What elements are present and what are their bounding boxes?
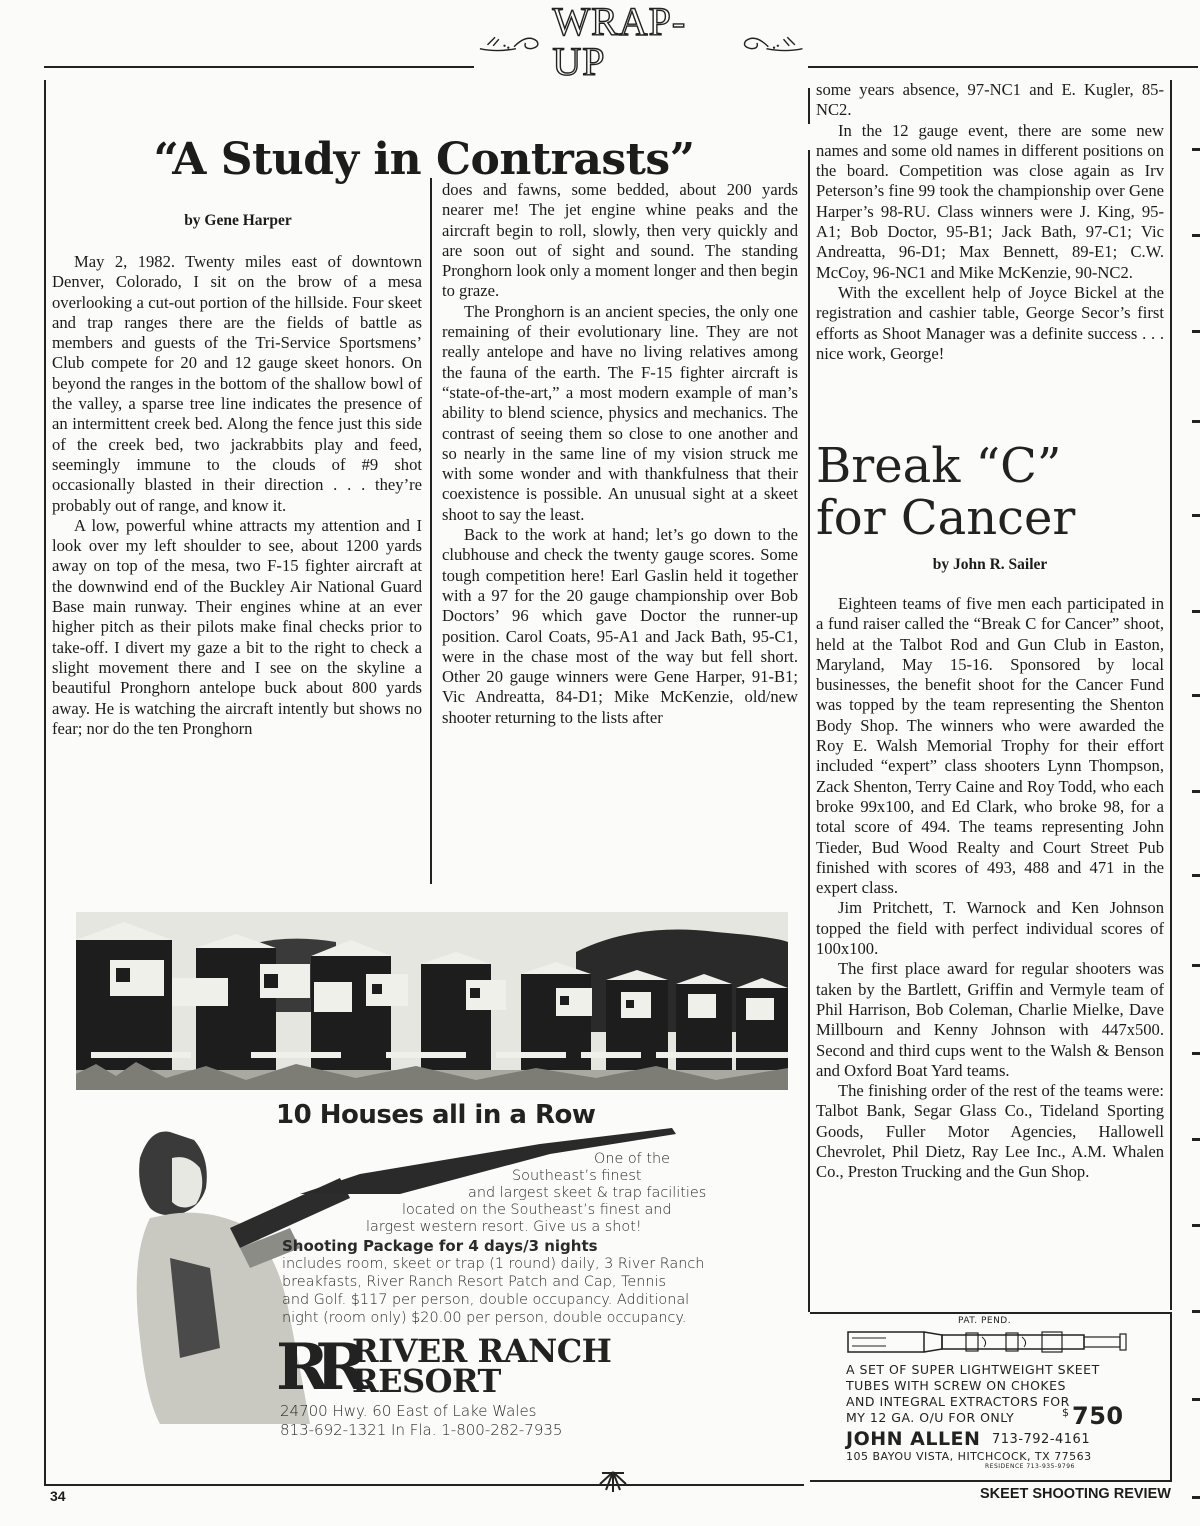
margin-mark xyxy=(1192,1496,1200,1499)
paragraph: In the 12 gauge event, there are some ne… xyxy=(816,121,1164,283)
section-masthead: WRAP-UP xyxy=(478,12,804,72)
ad-package-line: breakfasts, River Ranch Resort Patch and… xyxy=(282,1273,666,1291)
paragraph: some years absence, 97-NC1 and E. Kugler… xyxy=(816,80,1164,121)
margin-mark xyxy=(1192,964,1200,967)
article2-byline: by John R. Sailer xyxy=(816,556,1164,574)
ad-line: TUBES WITH SCREW ON CHOKES xyxy=(846,1378,1066,1393)
header-rule-right xyxy=(808,66,1198,68)
skeet-tube-icon xyxy=(846,1328,1128,1356)
paragraph: does and fawns, some bedded, about 200 y… xyxy=(442,180,798,302)
section-title: WRAP-UP xyxy=(544,2,737,82)
resort-name-line2: RESORT xyxy=(352,1366,611,1396)
ad-address: 105 BAYOU VISTA, HITCHCOCK, TX 77563 xyxy=(846,1450,1092,1463)
margin-mark xyxy=(1192,330,1200,333)
ad-intro-line: Southeast’s finest xyxy=(512,1167,641,1185)
ad-intro-line: largest western resort. Give us a shot! xyxy=(366,1218,642,1236)
ad-name: JOHN ALLEN xyxy=(846,1428,980,1450)
article2-title: Break “C” for Cancer xyxy=(816,440,1156,544)
ad-phone: 713-792-4161 xyxy=(992,1432,1090,1447)
ad-package-line: and Golf. $117 per person, double occupa… xyxy=(282,1291,689,1309)
article-column-1: May 2, 1982. Twenty miles east of downto… xyxy=(52,252,422,739)
ad-package-title: Shooting Package for 4 days/3 nights xyxy=(282,1237,598,1255)
flourish-right-icon xyxy=(738,27,804,57)
ad-intro-line: and largest skeet & trap facilities xyxy=(468,1184,706,1202)
paragraph: A low, powerful whine attracts my attent… xyxy=(52,516,422,739)
column-divider xyxy=(430,178,432,884)
resort-phones: 813-692-1321 In Fla. 1-800-282-7935 xyxy=(280,1421,562,1439)
paragraph: May 2, 1982. Twenty miles east of downto… xyxy=(52,252,422,516)
margin-mark xyxy=(1192,420,1200,423)
ad-price: 750 xyxy=(1072,1402,1124,1430)
skeet-houses-photo xyxy=(76,912,788,1090)
margin-mark xyxy=(1192,1052,1200,1055)
article-column-3: some years absence, 97-NC1 and E. Kugler… xyxy=(816,80,1164,364)
article-title: “A Study in Contrasts” xyxy=(44,134,804,185)
article2-title-line2: for Cancer xyxy=(816,492,1156,544)
header-rule-left xyxy=(44,66,474,68)
resort-name: RIVER RANCH RESORT xyxy=(352,1336,611,1396)
page-number: 34 xyxy=(50,1488,66,1504)
margin-mark xyxy=(1192,1398,1200,1401)
ad-residence-phone: RESIDENCE 713-935-9796 xyxy=(985,1463,1075,1470)
margin-mark xyxy=(1192,234,1200,237)
ad-line: A SET OF SUPER LIGHTWEIGHT SKEET xyxy=(846,1362,1100,1377)
margin-mark xyxy=(1192,694,1200,697)
margin-mark xyxy=(1192,874,1200,877)
margin-mark xyxy=(1192,514,1200,517)
publication-name: SKEET SHOOTING REVIEW xyxy=(980,1486,1171,1502)
price-symbol: $ xyxy=(1062,1406,1070,1419)
article2-body: Eighteen teams of five men each particip… xyxy=(816,594,1164,1183)
article-column-2: does and fawns, some bedded, about 200 y… xyxy=(442,180,798,728)
ad-package-line: night (room only) $20.00 per person, dou… xyxy=(282,1309,686,1327)
ad-package-line: includes room, skeet or trap (1 round) d… xyxy=(282,1255,704,1273)
resort-address: 24700 Hwy. 60 East of Lake Wales xyxy=(280,1402,537,1420)
margin-mark xyxy=(1192,1138,1200,1141)
ad-line: MY 12 GA. O/U FOR ONLY xyxy=(846,1410,1014,1425)
paragraph: With the excellent help of Joyce Bickel … xyxy=(816,283,1164,364)
paragraph: Eighteen teams of five men each particip… xyxy=(816,594,1164,898)
paragraph: Back to the work at hand; let’s go down … xyxy=(442,525,798,728)
article2-title-line1: Break “C” xyxy=(816,440,1156,492)
ad-intro-line: One of the xyxy=(594,1150,670,1168)
ad-headline: 10 Houses all in a Row xyxy=(276,1100,595,1130)
flourish-left-icon xyxy=(478,27,544,57)
ad-line: AND INTEGRAL EXTRACTORS FOR xyxy=(846,1394,1070,1409)
margin-mark xyxy=(1192,610,1200,613)
paragraph: The Pronghorn is an ancient species, the… xyxy=(442,302,798,525)
margin-mark xyxy=(1192,1224,1200,1227)
patent-label: PAT. PEND. xyxy=(958,1316,1011,1326)
margin-mark xyxy=(1192,1310,1200,1313)
right-rule-top xyxy=(808,88,810,124)
paragraph: The finishing order of the rest of the t… xyxy=(816,1081,1164,1182)
river-ranch-logo-icon: RR xyxy=(276,1338,354,1398)
paragraph: The first place award for regular shoote… xyxy=(816,959,1164,1081)
article-byline: by Gene Harper xyxy=(52,212,424,230)
sunburst-ornament-icon xyxy=(598,1470,628,1494)
paragraph: Jim Pritchett, T. Warnock and Ken Johnso… xyxy=(816,898,1164,959)
margin-mark xyxy=(1192,148,1200,151)
right-rule xyxy=(808,150,810,1312)
margin-mark xyxy=(1192,790,1200,793)
ad-intro-line: located on the Southeast’s finest and xyxy=(402,1201,672,1219)
